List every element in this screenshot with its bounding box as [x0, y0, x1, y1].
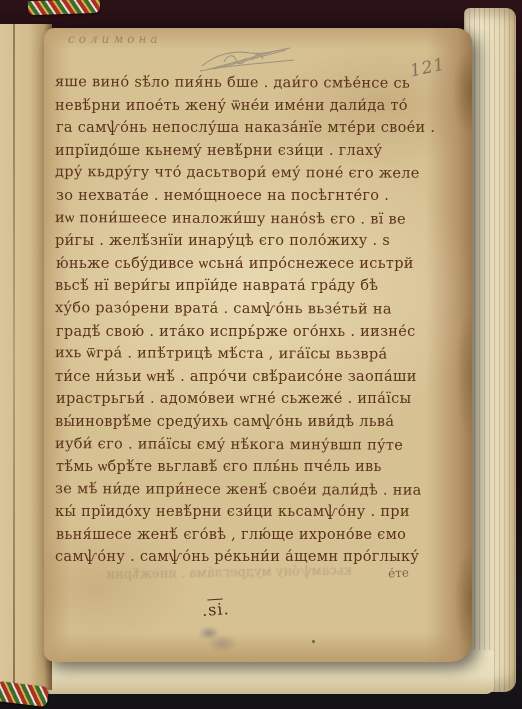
- text-line: ипрїидо́ше кьнему́ невѣ́рни єзи́ци . гла…: [55, 140, 457, 163]
- ink-speck: [104, 358, 106, 360]
- text-line: зо нехвата́е . немо́щноесе на посѣгнте́г…: [56, 185, 458, 208]
- endband-top-icon: [28, 0, 100, 15]
- manuscript-photo: солимона 121 яше вино́ ѕѣ́ло пия́нь бше …: [0, 0, 522, 709]
- text-line: ихь ѿгра́ . ипѣ́трицѣ мѣ́ста , ига́їсы в…: [55, 342, 457, 366]
- quire-dot: .: [223, 599, 230, 618]
- text-line: вьня́шесе женѣ́ єго́вѣ , глю́ще ихроно́в…: [56, 524, 458, 547]
- catchword: е́те: [388, 565, 410, 580]
- ink-speck: [312, 640, 315, 643]
- text-line: ю́ньже сьбу́дивсе ѡсьна́ ипро́снежесе ис…: [56, 253, 458, 276]
- manuscript-page: солимона 121 яше вино́ ѕѣ́ло пия́нь бше …: [44, 28, 472, 662]
- header-inscription: солимона: [68, 32, 162, 46]
- ink-speck: [374, 328, 376, 330]
- pencil-scribble-icon: [194, 40, 306, 74]
- text-line: га самѱо́нь непослу́ша наказа́нїе мте́ри…: [56, 117, 458, 140]
- text-line: невѣ́рни ипое́ть жену́ ѿне́и име́ни дали…: [55, 95, 457, 118]
- text-line: ху́бо разо́рени врата́ . самѱо́нь вьзе́т…: [55, 297, 457, 321]
- text-line: яше вино́ ѕѣ́ло пия́нь бше . даи́го смѣе…: [55, 71, 457, 95]
- text-line: вы́иноврѣ́ме среду́ихь самѱо́нь иви́дѣ л…: [55, 411, 457, 434]
- text-line: тѣ́мь ѡбрѣ́те вьглавѣ́ єго пль́нь пче́ль…: [56, 456, 458, 479]
- text-line: кы́ прїидо́ху невѣ́рни єзи́ци кьсамѱо́ну…: [55, 501, 457, 524]
- text-line: ри́гы . желѣ́знїи инару́цѣ єго поло́жиху…: [55, 230, 457, 253]
- text-line: ти́се ни́зьи ѡнѣ́ . апро́чи свѣ́раисо́не…: [55, 366, 457, 389]
- text-line: ирастрьгьи́ . адомо́веи ѡгне́ сьжеже́ . …: [56, 388, 458, 411]
- text-line: вьсѣ́ нї вери́гы ипрїи́де наврата́ гра́д…: [55, 275, 457, 298]
- text-block: яше вино́ ѕѣ́ло пия́нь бше . даи́го смѣе…: [55, 72, 457, 569]
- text-line: дру́ кьдру́гу что́ дасьтвори́ ему́ поне́…: [55, 161, 457, 185]
- quire-mark: .ѕі.: [201, 599, 230, 620]
- text-line: иѡ пони́шеесе иналожи́шу нано́ѕѣ єго . в…: [55, 207, 457, 231]
- ink-smudge: [195, 624, 241, 654]
- gutter-crease: [13, 24, 15, 690]
- text-line: градѣ́ свою́ . ита́ко испрь́рже ого́нхь …: [56, 321, 458, 344]
- text-line: зе мѣ́ ни́де ипри́несе женѣ́ свое́и дали…: [55, 478, 457, 502]
- text-line: иуби́ єго . ипа́їсы єму́ нѣ́кога мину́вш…: [55, 433, 457, 457]
